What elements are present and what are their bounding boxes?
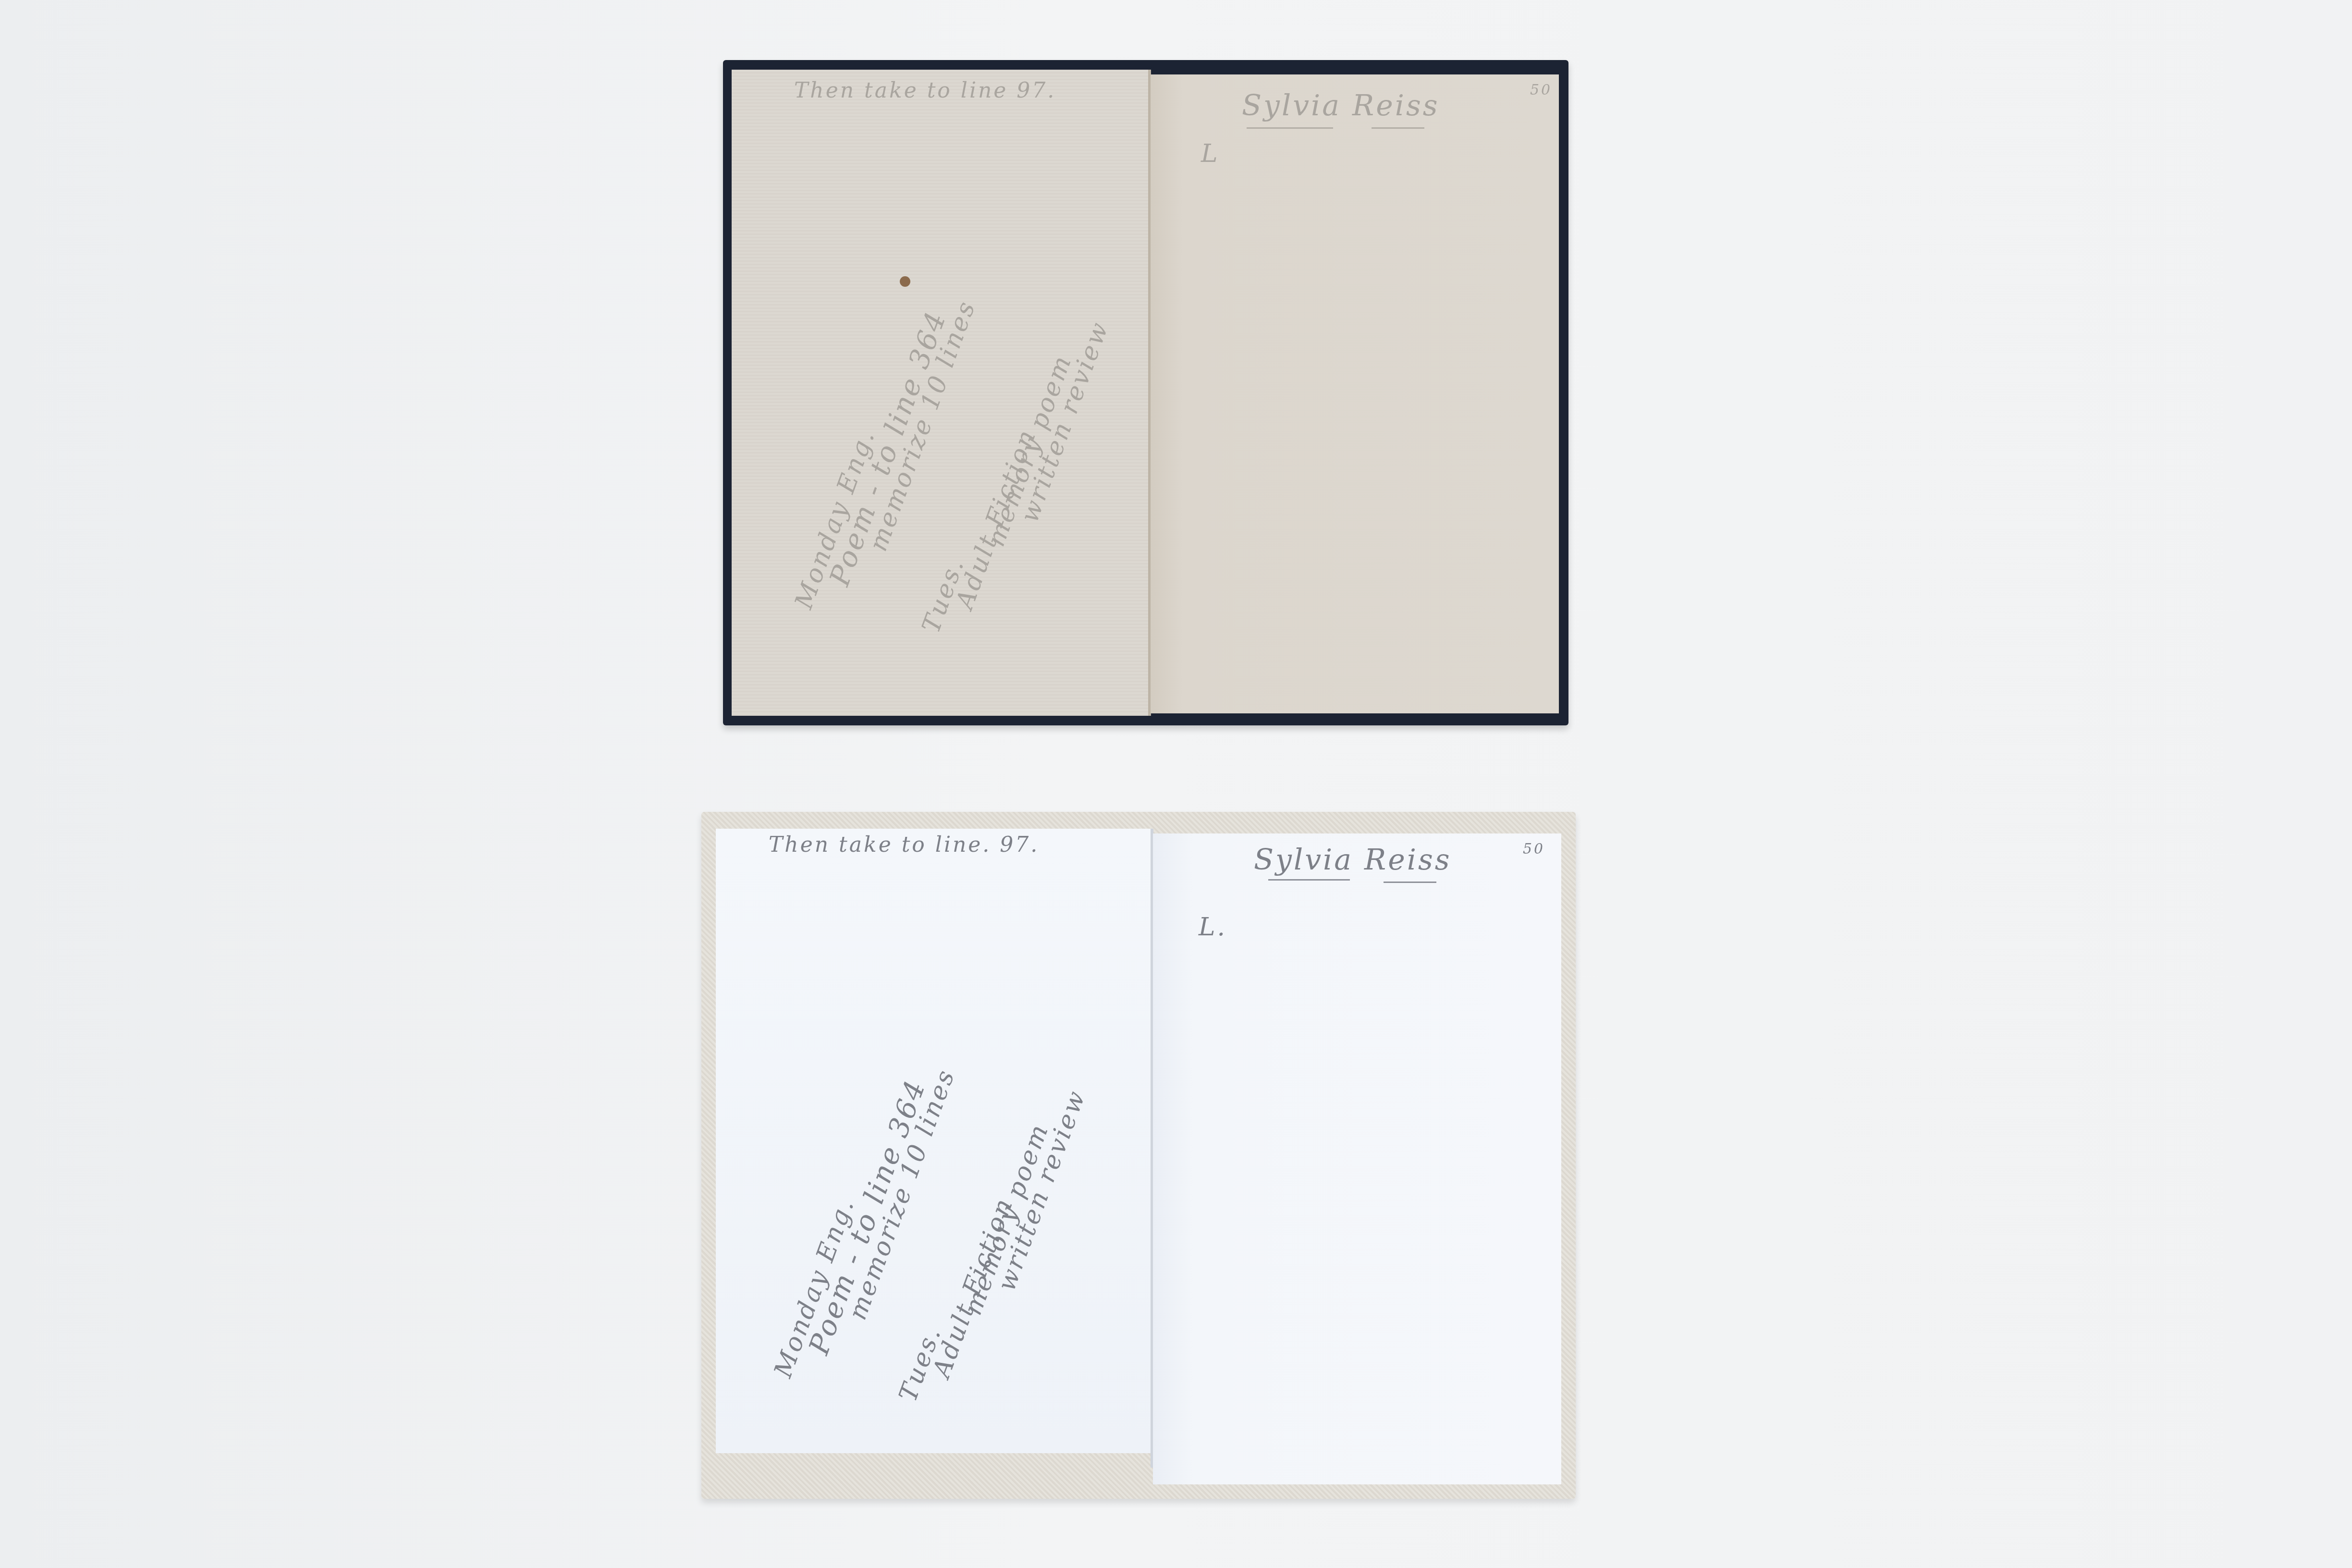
brown-stain <box>900 276 910 287</box>
left-endpaper: Then take to line. 97. Monday Eng. Poem … <box>716 829 1151 1453</box>
header-note: Then take to line. 97. <box>769 833 1039 857</box>
page-number: 50 <box>1530 82 1552 98</box>
name-underline <box>1372 127 1424 129</box>
restored-book: Then take to line. 97. Monday Eng. Poem … <box>701 812 1576 1499</box>
name-underline <box>1247 127 1333 129</box>
left-endpaper: Then take to line 97. Monday Eng. Poem -… <box>732 70 1150 716</box>
page-initial: L. <box>1199 913 1227 942</box>
header-note: Then take to line 97. <box>794 78 1056 103</box>
page-number: 50 <box>1523 841 1545 857</box>
original-book: Then take to line 97. Monday Eng. Poem -… <box>723 60 1568 725</box>
owner-name: Sylvia Reiss <box>1242 89 1440 122</box>
name-underline <box>1384 882 1436 883</box>
right-flyleaf: Sylvia Reiss L 50 <box>1151 74 1559 713</box>
right-flyleaf: Sylvia Reiss L. 50 <box>1153 833 1561 1484</box>
name-underline <box>1268 879 1350 881</box>
owner-name: Sylvia Reiss <box>1254 843 1452 877</box>
page-initial: L <box>1201 139 1220 168</box>
